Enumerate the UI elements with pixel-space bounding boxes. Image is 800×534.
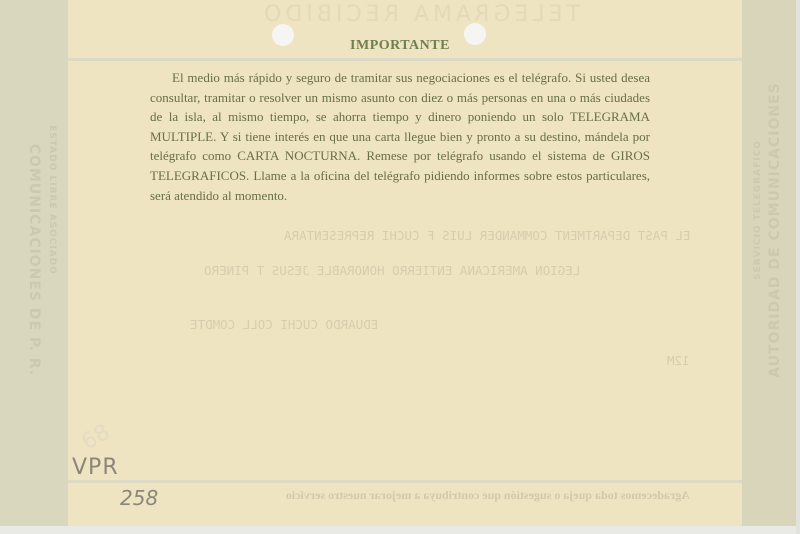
bleed-through-footer: Agradecemos toda queja o sugestión que c…	[250, 488, 690, 503]
bottom-rule	[68, 480, 742, 483]
notice-title: IMPORTANTE	[300, 38, 500, 54]
bleed-through-line: EDUARDO CUCHI COLL COMDTE	[190, 317, 378, 332]
left-margin-band: COMUNICACIONES DE P. R. ESTADO LIBRE ASO…	[0, 0, 68, 526]
top-rule	[68, 58, 742, 61]
notice-body: El medio más rápido y seguro de tramitar…	[150, 68, 650, 205]
bleed-through-line: LEGION AMERICANA ENTIERRO HONORABLE JESU…	[204, 263, 580, 278]
handwritten-number: 258	[120, 486, 158, 510]
scan-right-edge	[796, 0, 800, 534]
right-band-subtext: SERVICIO TELEGRAFICO	[753, 140, 763, 280]
bleed-through-line: EL PAST DEPARTMENT COMMANDER LUIS F CUCH…	[284, 228, 690, 243]
handwritten-initials: VPR	[72, 455, 119, 480]
punch-hole-left	[272, 24, 294, 46]
bleed-through-header: TELEGRAMA RECIBIDO	[250, 2, 590, 27]
notice-paragraph: El medio más rápido y seguro de tramitar…	[150, 68, 650, 205]
bleed-through-line: 12M	[667, 353, 690, 368]
scan-bottom-edge	[0, 526, 800, 534]
right-margin-band: AUTORIDAD DE COMUNICACIONES SERVICIO TEL…	[742, 0, 796, 526]
left-band-subtext: ESTADO LIBRE ASOCIADO	[47, 125, 57, 275]
left-band-text: COMUNICACIONES DE P. R.	[26, 144, 42, 376]
faint-handwritten-mark: 68	[78, 420, 115, 456]
telegram-paper: COMUNICACIONES DE P. R. ESTADO LIBRE ASO…	[0, 0, 800, 526]
right-band-text: AUTORIDAD DE COMUNICACIONES	[767, 82, 783, 377]
